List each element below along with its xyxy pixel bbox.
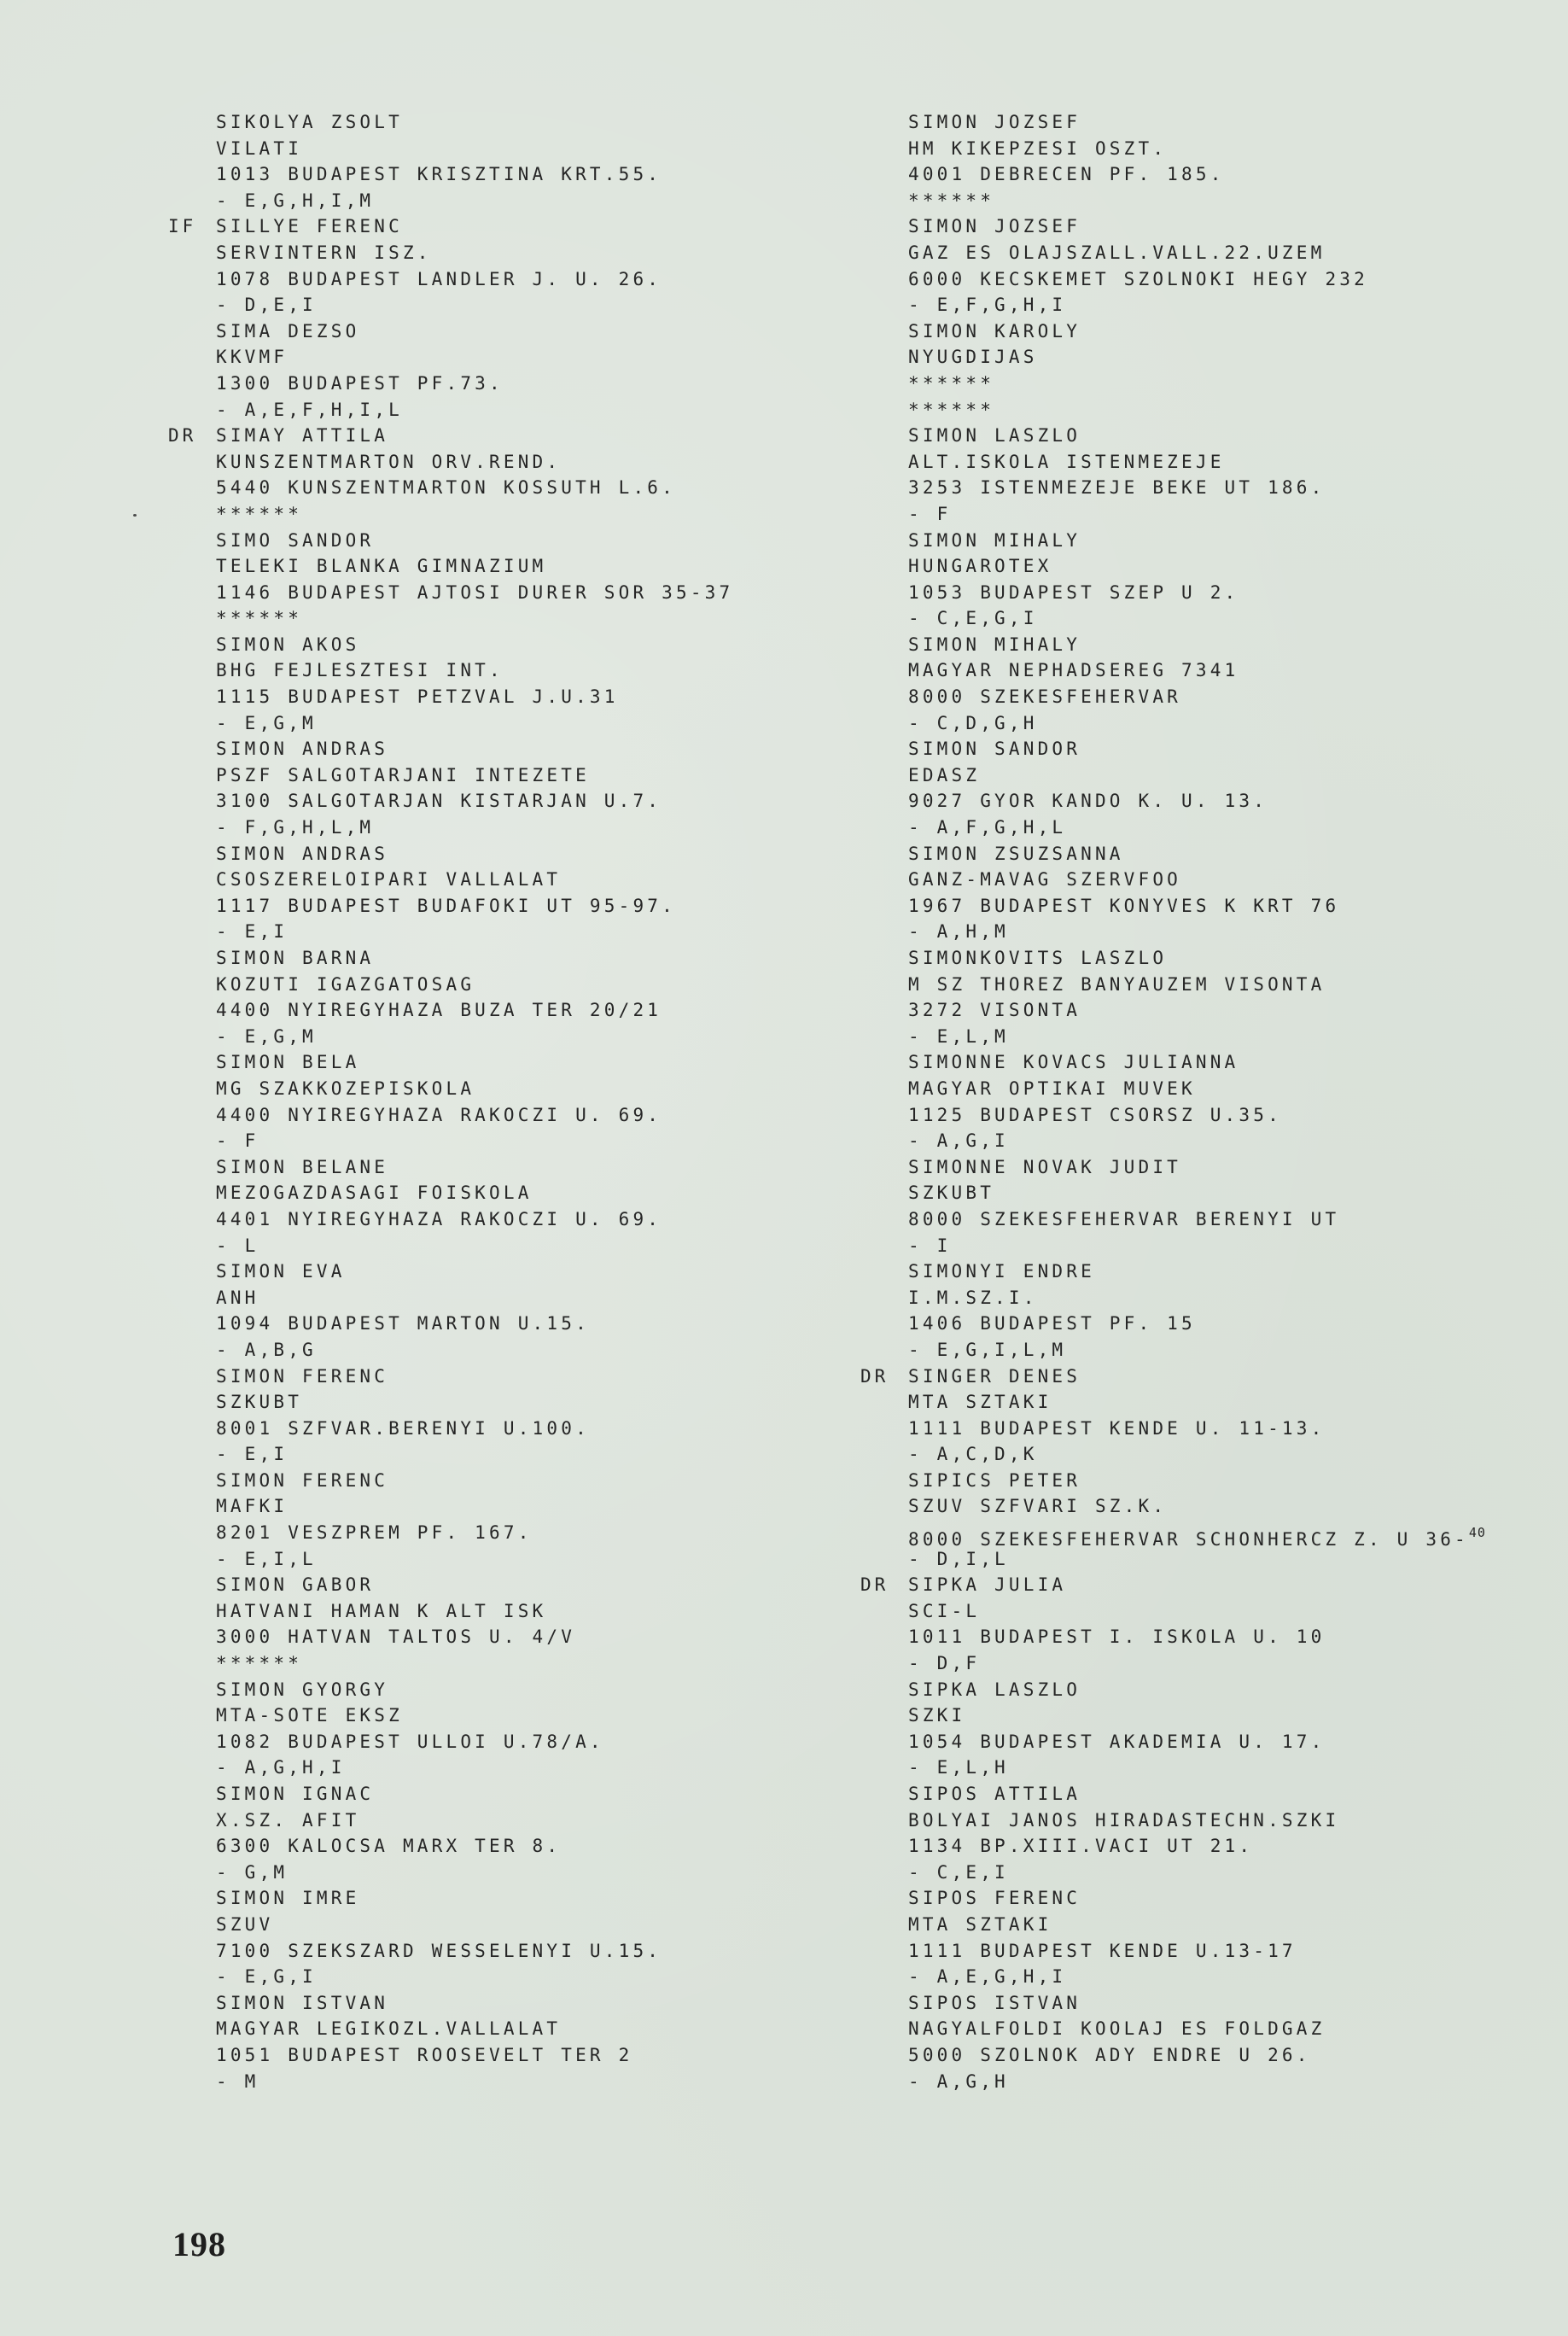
- entry-line-text: SIMON IGNAC: [216, 1784, 374, 1804]
- entry-line-text: MTA SZTAKI: [908, 1392, 1052, 1412]
- entry-line-text: - A,E,F,H,I,L: [216, 400, 403, 420]
- entry-line-text: - E,G,I: [216, 1966, 317, 1987]
- entry-line-text: - E,G,I,L,M: [908, 1340, 1066, 1360]
- entry-line-text: MTA SZTAKI: [908, 1914, 1052, 1935]
- entry-address: 4400 NYIREGYHAZA BUZA TER 20/21: [168, 997, 733, 1024]
- entry-line-text: ******: [908, 400, 994, 420]
- entry-line-text: KUNSZENTMARTON ORV.REND.: [216, 452, 561, 472]
- entry-line-text: SIMO SANDOR: [216, 530, 374, 551]
- entry-line-text: - E,G,M: [216, 713, 317, 733]
- entry-codes: - E,F,G,H,I: [860, 292, 1486, 318]
- entry-organization: EDASZ: [860, 762, 1486, 789]
- entry-organization: MTA SZTAKI: [860, 1912, 1486, 1938]
- entry-line-text: 1078 BUDAPEST LANDLER J. U. 26.: [216, 269, 662, 289]
- entry-line-text: SIMONNE KOVACS JULIANNA: [908, 1052, 1239, 1072]
- entry-codes: - A,B,G: [168, 1337, 733, 1364]
- entry-line-text: KOZUTI IGAZGATOSAG: [216, 974, 475, 995]
- entry-name: SIMON FERENC: [168, 1364, 733, 1390]
- entry-line-text: SIMON BELA: [216, 1052, 359, 1072]
- entry-line-text: 8000 SZEKESFEHERVAR BERENYI UT: [908, 1209, 1339, 1229]
- entry-line-text: SIMON FERENC: [216, 1366, 388, 1387]
- entry-organization: ALT.ISKOLA ISTENMEZEJE: [860, 449, 1486, 476]
- entry-line-text: SIMON MIHALY: [908, 530, 1081, 551]
- entry-name: DRSINGER DENES: [860, 1364, 1486, 1390]
- entry-line-text: SIMON ISTVAN: [216, 1993, 388, 2013]
- entry-line-text: TELEKI BLANKA GIMNAZIUM: [216, 556, 546, 576]
- entry-line-text: 6300 KALOCSA MARX TER 8.: [216, 1836, 561, 1856]
- entry-address: 1013 BUDAPEST KRISZTINA KRT.55.: [168, 161, 733, 188]
- entry-line-text: 8000 SZEKESFEHERVAR: [908, 686, 1181, 707]
- entry-line-text: ANH: [216, 1288, 259, 1308]
- entry-codes: - A,E,F,H,I,L: [168, 397, 733, 423]
- entry-line-text: - I: [908, 1235, 952, 1256]
- entry-line-text: MEZOGAZDASAGI FOISKOLA: [216, 1183, 533, 1203]
- entry-name: SIMON ANDRAS: [168, 841, 733, 867]
- entry-line-text: SIMONYI ENDRE: [908, 1261, 1095, 1282]
- entry-line-text: MG SZAKKOZEPISKOLA: [216, 1078, 475, 1099]
- entry-name: SIMON JOZSEF: [860, 109, 1486, 136]
- entry-organization: MAGYAR OPTIKAI MUVEK: [860, 1076, 1486, 1102]
- entry-line-text: 1051 BUDAPEST ROOSEVELT TER 2: [216, 2045, 632, 2065]
- entry-address: 1054 BUDAPEST AKADEMIA U. 17.: [860, 1729, 1486, 1755]
- entry-codes: ******: [168, 1650, 733, 1677]
- entry-name: SIMON FERENC: [168, 1468, 733, 1494]
- entry-address: 3100 SALGOTARJAN KISTARJAN U.7.: [168, 788, 733, 815]
- entry-address: 4400 NYIREGYHAZA RAKOCZI U. 69.: [168, 1102, 733, 1129]
- entry-codes: - D,I,L: [860, 1546, 1486, 1573]
- entry-codes: - E,I: [168, 1441, 733, 1468]
- entry-line-text: SZKUBT: [908, 1183, 994, 1203]
- entry-address: 1078 BUDAPEST LANDLER J. U. 26.: [168, 266, 733, 293]
- entry-codes: - E,G,I: [168, 1964, 733, 1990]
- entry-name: DRSIMAY ATTILA: [168, 423, 733, 449]
- entry-title-prefix: DR: [860, 1364, 908, 1390]
- entry-line-text: ALT.ISKOLA ISTENMEZEJE: [908, 452, 1225, 472]
- entry-codes: ******: [168, 605, 733, 632]
- entry-line-text: SIPKA LASZLO: [908, 1679, 1081, 1700]
- entry-address: 1146 BUDAPEST AJTOSI DURER SOR 35-37: [168, 580, 733, 606]
- entry-organization: NAGYALFOLDI KOOLAJ ES FOLDGAZ: [860, 2016, 1486, 2042]
- directory-entry: SIMON LASZLOALT.ISKOLA ISTENMEZEJE3253 I…: [860, 423, 1486, 527]
- directory-entry: SIMON ANDRASPSZF SALGOTARJANI INTEZETE31…: [168, 736, 733, 840]
- directory-entry: SIPKA LASZLOSZKI1054 BUDAPEST AKADEMIA U…: [860, 1677, 1486, 1781]
- entry-line-text: PSZF SALGOTARJANI INTEZETE: [216, 765, 590, 785]
- directory-entry: DRSINGER DENESMTA SZTAKI1111 BUDAPEST KE…: [860, 1364, 1486, 1468]
- directory-entry: SIMON SANDOREDASZ9027 GYOR KANDO K. U. 1…: [860, 736, 1486, 840]
- entry-codes: - A,G,H,I: [168, 1755, 733, 1781]
- entry-organization: HATVANI HAMAN K ALT ISK: [168, 1598, 733, 1625]
- entry-address: 8000 SZEKESFEHERVAR SCHONHERCZ Z. U 36-4…: [860, 1520, 1486, 1546]
- entry-address: 6300 KALOCSA MARX TER 8.: [168, 1833, 733, 1860]
- entry-line-text: SIKOLYA ZSOLT: [216, 112, 403, 132]
- entry-line-text: - C,D,G,H: [908, 713, 1038, 733]
- entry-line-text: SIMON KAROLY: [908, 321, 1081, 342]
- entry-organization: SZKI: [860, 1702, 1486, 1729]
- entry-line-text: SINGER DENES: [908, 1366, 1081, 1387]
- entry-line-text: SIMON JOZSEF: [908, 216, 1081, 237]
- entry-line-text: SIPOS FERENC: [908, 1888, 1081, 1908]
- entry-line-text: 3000 HATVAN TALTOS U. 4/V: [216, 1626, 575, 1647]
- entry-line-text: I.M.SZ.I.: [908, 1288, 1038, 1308]
- directory-entry: SIMON GABORHATVANI HAMAN K ALT ISK3000 H…: [168, 1572, 733, 1676]
- entry-name: SIMON GYORGY: [168, 1677, 733, 1703]
- entry-codes: - E,G,H,I,M: [168, 188, 733, 214]
- entry-address: 1082 BUDAPEST ULLOI U.78/A.: [168, 1729, 733, 1755]
- entry-line-text: HUNGAROTEX: [908, 556, 1052, 576]
- entry-organization: HUNGAROTEX: [860, 553, 1486, 580]
- entry-line-text: - E,I,L: [216, 1549, 317, 1569]
- directory-entry: SIMON GYORGYMTA-SOTE EKSZ1082 BUDAPEST U…: [168, 1677, 733, 1781]
- directory-entry: SIMON ISTVANMAGYAR LEGIKOZL.VALLALAT1051…: [168, 1990, 733, 2094]
- entry-line-text: 9027 GYOR KANDO K. U. 13.: [908, 791, 1268, 811]
- entry-line-text: KKVMF: [216, 347, 288, 367]
- entry-name: SIMON LASZLO: [860, 423, 1486, 449]
- entry-line-text: 7100 SZEKSZARD WESSELENYI U.15.: [216, 1941, 662, 1961]
- entry-address: 8000 SZEKESFEHERVAR BERENYI UT: [860, 1206, 1486, 1233]
- entry-name: SIPICS PETER: [860, 1468, 1486, 1494]
- entry-organization: NYUGDIJAS: [860, 344, 1486, 371]
- entry-line-text: - E,F,G,H,I: [908, 295, 1066, 315]
- entry-line-text: SIPKA JULIA: [908, 1574, 1066, 1595]
- entry-line-text: VILATI: [216, 138, 302, 159]
- entry-address: 1300 BUDAPEST PF.73.: [168, 371, 733, 397]
- entry-line-text: SZKI: [908, 1705, 965, 1726]
- entry-address: 1125 BUDAPEST CSORSZ U.35.: [860, 1102, 1486, 1129]
- directory-entry: SIMON EVAANH1094 BUDAPEST MARTON U.15.- …: [168, 1259, 733, 1363]
- entry-codes: - E,I,L: [168, 1546, 733, 1573]
- entry-codes: ******: [860, 188, 1486, 214]
- entry-address: 3272 VISONTA: [860, 997, 1486, 1024]
- entry-line-text: - D,F: [908, 1653, 980, 1673]
- entry-name: SIMON IMRE: [168, 1885, 733, 1912]
- entry-line-text: - A,E,G,H,I: [908, 1966, 1066, 1987]
- entry-line-text: SIMONNE NOVAK JUDIT: [908, 1157, 1181, 1177]
- entry-line-text: MTA-SOTE EKSZ: [216, 1705, 403, 1726]
- entry-name: SIMA DEZSO: [168, 318, 733, 345]
- entry-line-text: EDASZ: [908, 765, 980, 785]
- entry-name: SIMONYI ENDRE: [860, 1259, 1486, 1285]
- entry-address: 1115 BUDAPEST PETZVAL J.U.31: [168, 684, 733, 710]
- entry-line-text: - C,E,I: [908, 1862, 1009, 1883]
- entry-name: SIMON KAROLY: [860, 318, 1486, 345]
- entry-line-text: 1111 BUDAPEST KENDE U. 11-13.: [908, 1418, 1325, 1439]
- entry-address: 4001 DEBRECEN PF. 185.: [860, 161, 1486, 188]
- directory-entry: SIPICS PETERSZUV SZFVARI SZ.K.8000 SZEKE…: [860, 1468, 1486, 1572]
- entry-address: 3253 ISTENMEZEJE BEKE UT 186.: [860, 475, 1486, 501]
- entry-address: 1406 BUDAPEST PF. 15: [860, 1311, 1486, 1337]
- entry-name: SIMON SANDOR: [860, 736, 1486, 762]
- entry-name: SIMON AKOS: [168, 632, 733, 658]
- entry-codes: - E,G,M: [168, 1024, 733, 1050]
- entry-line-text: GANZ-MAVAG SZERVFOO: [908, 869, 1181, 890]
- entry-line-text: 1406 BUDAPEST PF. 15: [908, 1313, 1196, 1334]
- entry-line-text: - E,I: [216, 1444, 288, 1464]
- entry-line-text: 1134 BP.XIII.VACI UT 21.: [908, 1836, 1253, 1856]
- entry-name: SIMON GABOR: [168, 1572, 733, 1598]
- entry-line-text: SIPOS ISTVAN: [908, 1993, 1081, 2013]
- directory-entry: SIMON ANDRASCSOSZERELOIPARI VALLALAT1117…: [168, 841, 733, 945]
- entry-codes: - A,F,G,H,L: [860, 815, 1486, 841]
- entry-line-text: SIMON SANDOR: [908, 739, 1081, 759]
- entry-organization: X.SZ. AFIT: [168, 1807, 733, 1834]
- entry-name: SIMON MIHALY: [860, 528, 1486, 554]
- entry-name: IFSILLYE FERENC: [168, 213, 733, 240]
- entry-line-text: ******: [908, 190, 994, 211]
- entry-line-text: MAGYAR LEGIKOZL.VALLALAT: [216, 2018, 561, 2039]
- entry-title-prefix: DR: [860, 1572, 908, 1598]
- entry-address: 8201 VESZPREM PF. 167.: [168, 1520, 733, 1546]
- directory-column-right: SIMON JOZSEFHM KIKEPZESI OSZT.4001 DEBRE…: [860, 109, 1486, 2094]
- entry-address: ******: [860, 371, 1486, 397]
- entry-line-text: - E,L,H: [908, 1757, 1009, 1778]
- directory-entry: SIMON AKOSBHG FEJLESZTESI INT.1115 BUDAP…: [168, 632, 733, 736]
- entry-organization: HM KIKEPZESI OSZT.: [860, 136, 1486, 162]
- entry-address: 9027 GYOR KANDO K. U. 13.: [860, 788, 1486, 815]
- entry-name: SIPOS ISTVAN: [860, 1990, 1486, 2017]
- entry-line-text: SZUV SZFVARI SZ.K.: [908, 1496, 1167, 1516]
- entry-name: SIMON BARNA: [168, 945, 733, 972]
- entry-name: SIMON MIHALY: [860, 632, 1486, 658]
- entry-organization: KOZUTI IGAZGATOSAG: [168, 972, 733, 998]
- directory-entry: SIMON BELAMG SZAKKOZEPISKOLA4400 NYIREGY…: [168, 1049, 733, 1153]
- entry-line-text: SCI-L: [908, 1601, 980, 1621]
- entry-line-text: 4400 NYIREGYHAZA RAKOCZI U. 69.: [216, 1105, 662, 1125]
- directory-entry: SIMON JOZSEFHM KIKEPZESI OSZT.4001 DEBRE…: [860, 109, 1486, 213]
- entry-name: SIMON EVA: [168, 1259, 733, 1285]
- entry-line-text: SIMON EVA: [216, 1261, 346, 1282]
- entry-line-text: ******: [216, 504, 302, 524]
- entry-organization: MAFKI: [168, 1493, 733, 1520]
- entry-organization: PSZF SALGOTARJANI INTEZETE: [168, 762, 733, 789]
- scanned-page: SIKOLYA ZSOLTVILATI1013 BUDAPEST KRISZTI…: [0, 0, 1568, 2336]
- entry-codes: - D,F: [860, 1650, 1486, 1677]
- entry-codes: - A,H,M: [860, 919, 1486, 945]
- entry-organization: VILATI: [168, 136, 733, 162]
- entry-line-text: - C,E,G,I: [908, 608, 1038, 628]
- directory-column-left: SIKOLYA ZSOLTVILATI1013 BUDAPEST KRISZTI…: [168, 109, 733, 2094]
- directory-entry: SIMON KAROLYNYUGDIJAS************: [860, 318, 1486, 423]
- entry-line-text: 3100 SALGOTARJAN KISTARJAN U.7.: [216, 791, 662, 811]
- entry-line-text: NYUGDIJAS: [908, 347, 1038, 367]
- entry-codes: - E,I: [168, 919, 733, 945]
- entry-line-text: 1115 BUDAPEST PETZVAL J.U.31: [216, 686, 619, 707]
- page-number: 198: [172, 2224, 226, 2264]
- entry-organization: ANH: [168, 1285, 733, 1311]
- entry-name: SIMONKOVITS LASZLO: [860, 945, 1486, 972]
- entry-line-text: SIMON FERENC: [216, 1470, 388, 1491]
- entry-name: DRSIPKA JULIA: [860, 1572, 1486, 1598]
- directory-entry: SIMON IMRESZUV7100 SZEKSZARD WESSELENYI …: [168, 1885, 733, 1989]
- entry-line-text: SIMONKOVITS LASZLO: [908, 948, 1167, 968]
- entry-organization: MAGYAR NEPHADSEREG 7341: [860, 657, 1486, 684]
- entry-organization: CSOSZERELOIPARI VALLALAT: [168, 867, 733, 893]
- entry-codes: - A,E,G,H,I: [860, 1964, 1486, 1990]
- entry-address: 1053 BUDAPEST SZEP U 2.: [860, 580, 1486, 606]
- entry-line-text: - M: [216, 2071, 259, 2092]
- entry-line-text: 1111 BUDAPEST KENDE U.13-17: [908, 1941, 1297, 1961]
- entry-line-text: - A,F,G,H,L: [908, 817, 1066, 838]
- directory-entry: SIMA DEZSOKKVMF1300 BUDAPEST PF.73.- A,E…: [168, 318, 733, 423]
- entry-name: SIMON IGNAC: [168, 1781, 733, 1807]
- directory-entry: SIPOS ISTVANNAGYALFOLDI KOOLAJ ES FOLDGA…: [860, 1990, 1486, 2094]
- entry-address: 1111 BUDAPEST KENDE U.13-17: [860, 1938, 1486, 1965]
- entry-line-text: 5440 KUNSZENTMARTON KOSSUTH L.6.: [216, 477, 676, 498]
- entry-codes: - L: [168, 1233, 733, 1259]
- entry-name: SIMONNE KOVACS JULIANNA: [860, 1049, 1486, 1076]
- entry-line-text: SIMAY ATTILA: [216, 425, 388, 446]
- entry-line-text: SIMON JOZSEF: [908, 112, 1081, 132]
- directory-entry: DRSIMAY ATTILAKUNSZENTMARTON ORV.REND.54…: [168, 423, 733, 527]
- entry-line-text: SIMA DEZSO: [216, 321, 359, 342]
- entry-codes: - C,D,G,H: [860, 710, 1486, 737]
- entry-line-text: - E,L,M: [908, 1026, 1009, 1047]
- entry-line-text: 1053 BUDAPEST SZEP U 2.: [908, 582, 1239, 603]
- entry-line-text: - E,G,M: [216, 1026, 317, 1047]
- entry-address: 1011 BUDAPEST I. ISKOLA U. 10: [860, 1624, 1486, 1650]
- entry-line-text: MAGYAR NEPHADSEREG 7341: [908, 660, 1239, 680]
- entry-name: SIMON JOZSEF: [860, 213, 1486, 240]
- entry-codes: - F,G,H,L,M: [168, 815, 733, 841]
- entry-line-text: 4401 NYIREGYHAZA RAKOCZI U. 69.: [216, 1209, 662, 1229]
- entry-line-text: SIMON BELANE: [216, 1157, 388, 1177]
- directory-entry: SIMON ZSUZSANNAGANZ-MAVAG SZERVFOO1967 B…: [860, 841, 1486, 945]
- entry-line-text: SIMON LASZLO: [908, 425, 1081, 446]
- entry-line-text: 4400 NYIREGYHAZA BUZA TER 20/21: [216, 1000, 662, 1020]
- entry-line-text: SIMON BARNA: [216, 948, 374, 968]
- entry-line-text: MAFKI: [216, 1496, 288, 1516]
- entry-codes: - F: [168, 1128, 733, 1154]
- entry-line-text: GAZ ES OLAJSZALL.VALL.22.UZEM: [908, 242, 1325, 263]
- entry-organization: SZKUBT: [168, 1389, 733, 1416]
- entry-name: SIMON ANDRAS: [168, 736, 733, 762]
- entry-organization: SZUV SZFVARI SZ.K.: [860, 1493, 1486, 1520]
- entry-line-text: - D,E,I: [216, 295, 317, 315]
- entry-codes: - C,E,G,I: [860, 605, 1486, 632]
- entry-organization: MTA SZTAKI: [860, 1389, 1486, 1416]
- entry-address: 5000 SZOLNOK ADY ENDRE U 26.: [860, 2042, 1486, 2069]
- entry-codes: - A,C,D,K: [860, 1441, 1486, 1468]
- entry-organization: BHG FEJLESZTESI INT.: [168, 657, 733, 684]
- entry-line-text: HATVANI HAMAN K ALT ISK: [216, 1601, 546, 1621]
- entry-name: SIKOLYA ZSOLT: [168, 109, 733, 136]
- entry-line-text: - D,I,L: [908, 1549, 1009, 1569]
- entry-address: 1094 BUDAPEST MARTON U.15.: [168, 1311, 733, 1337]
- entry-codes: - E,L,H: [860, 1755, 1486, 1781]
- entry-organization: M SZ THOREZ BANYAUZEM VISONTA: [860, 972, 1486, 998]
- entry-line-text: SILLYE FERENC: [216, 216, 403, 237]
- entry-line-text: 6000 KECSKEMET SZOLNOKI HEGY 232: [908, 269, 1368, 289]
- entry-organization: SERVINTERN ISZ.: [168, 240, 733, 266]
- entry-line-text: - A,G,H: [908, 2071, 1009, 2092]
- entry-line-text: - F,G,H,L,M: [216, 817, 374, 838]
- entry-line-text: 1054 BUDAPEST AKADEMIA U. 17.: [908, 1732, 1325, 1752]
- entry-line-text: X.SZ. AFIT: [216, 1810, 359, 1831]
- entry-line-text: 3253 ISTENMEZEJE BEKE UT 186.: [908, 477, 1325, 498]
- entry-codes: - F: [860, 501, 1486, 528]
- entry-line-text: BOLYAI JANOS HIRADASTECHN.SZKI: [908, 1810, 1339, 1831]
- entry-codes: - D,E,I: [168, 292, 733, 318]
- entry-line-text: - F: [908, 504, 952, 524]
- entry-address: 8001 SZFVAR.BERENYI U.100.: [168, 1416, 733, 1442]
- entry-organization: SZUV: [168, 1912, 733, 1938]
- entry-line-text: MAGYAR OPTIKAI MUVEK: [908, 1078, 1196, 1099]
- directory-entry: SIMONYI ENDREI.M.SZ.I.1406 BUDAPEST PF. …: [860, 1259, 1486, 1363]
- entry-name: SIMON ZSUZSANNA: [860, 841, 1486, 867]
- entry-line-text: SIMON ANDRAS: [216, 844, 388, 864]
- entry-line-text: 1125 BUDAPEST CSORSZ U.35.: [908, 1105, 1282, 1125]
- entry-organization: BOLYAI JANOS HIRADASTECHN.SZKI: [860, 1807, 1486, 1834]
- entry-line-text: - G,M: [216, 1862, 288, 1883]
- entry-organization: GANZ-MAVAG SZERVFOO: [860, 867, 1486, 893]
- entry-codes: - I: [860, 1233, 1486, 1259]
- directory-entry: SIMON FERENCSZKUBT8001 SZFVAR.BERENYI U.…: [168, 1364, 733, 1468]
- entry-codes: - A,G,I: [860, 1128, 1486, 1154]
- entry-line-text: SIMON ZSUZSANNA: [908, 844, 1124, 864]
- entry-address: 1117 BUDAPEST BUDAFOKI UT 95-97.: [168, 893, 733, 920]
- scan-speck: [133, 514, 137, 517]
- entry-line-text: 4001 DEBRECEN PF. 185.: [908, 164, 1225, 184]
- directory-entry: SIPOS ATTILABOLYAI JANOS HIRADASTECHN.SZ…: [860, 1781, 1486, 1885]
- entry-address: 1134 BP.XIII.VACI UT 21.: [860, 1833, 1486, 1860]
- entry-address: 1111 BUDAPEST KENDE U. 11-13.: [860, 1416, 1486, 1442]
- entry-line-text: SIMON GYORGY: [216, 1679, 388, 1700]
- entry-organization: KUNSZENTMARTON ORV.REND.: [168, 449, 733, 476]
- entry-codes: - C,E,I: [860, 1860, 1486, 1886]
- entry-line-text: 8001 SZFVAR.BERENYI U.100.: [216, 1418, 590, 1439]
- entry-line-text: - A,G,H,I: [216, 1757, 346, 1778]
- entry-line-text: 1300 BUDAPEST PF.73.: [216, 373, 504, 394]
- entry-name: SIPKA LASZLO: [860, 1677, 1486, 1703]
- entry-line-text: 1967 BUDAPEST KONYVES K KRT 76: [908, 896, 1339, 916]
- entry-organization: GAZ ES OLAJSZALL.VALL.22.UZEM: [860, 240, 1486, 266]
- entry-line-text: SZUV: [216, 1914, 273, 1935]
- entry-line-text: ******: [216, 608, 302, 628]
- entry-organization: MAGYAR LEGIKOZL.VALLALAT: [168, 2016, 733, 2042]
- entry-line-text: HM KIKEPZESI OSZT.: [908, 138, 1167, 159]
- directory-entry: SIMONKOVITS LASZLOM SZ THOREZ BANYAUZEM …: [860, 945, 1486, 1049]
- entry-line-text: 1117 BUDAPEST BUDAFOKI UT 95-97.: [216, 896, 676, 916]
- directory-entry: SIPOS FERENCMTA SZTAKI1111 BUDAPEST KEND…: [860, 1885, 1486, 1989]
- entry-line-text: BHG FEJLESZTESI INT.: [216, 660, 504, 680]
- entry-codes: ******: [860, 397, 1486, 423]
- entry-name: SIMON BELANE: [168, 1154, 733, 1181]
- entry-address: 6000 KECSKEMET SZOLNOKI HEGY 232: [860, 266, 1486, 293]
- entry-name: SIMON ISTVAN: [168, 1990, 733, 2017]
- directory-entry: SIMON MIHALYHUNGAROTEX1053 BUDAPEST SZEP…: [860, 528, 1486, 632]
- entry-line-text: M SZ THOREZ BANYAUZEM VISONTA: [908, 974, 1325, 995]
- entry-codes: - M: [168, 2069, 733, 2095]
- entry-line-text: - A,G,I: [908, 1130, 1009, 1151]
- directory-entry: SIMON MIHALYMAGYAR NEPHADSEREG 73418000 …: [860, 632, 1486, 736]
- entry-line-text: - A,H,M: [908, 921, 1009, 942]
- entry-codes: - G,M: [168, 1860, 733, 1886]
- directory-entry: SIMON FERENCMAFKI8201 VESZPREM PF. 167.-…: [168, 1468, 733, 1572]
- entry-title-prefix: IF: [168, 213, 216, 240]
- directory-entry: SIMONNE KOVACS JULIANNAMAGYAR OPTIKAI MU…: [860, 1049, 1486, 1153]
- entry-line-text: CSOSZERELOIPARI VALLALAT: [216, 869, 561, 890]
- entry-line-text: SIPICS PETER: [908, 1470, 1081, 1491]
- entry-line-text: - E,I: [216, 921, 288, 942]
- entry-title-prefix: DR: [168, 423, 216, 449]
- entry-codes: ******: [168, 501, 733, 528]
- directory-entry: SIMO SANDORTELEKI BLANKA GIMNAZIUM1146 B…: [168, 528, 733, 632]
- entry-line-text: 8201 VESZPREM PF. 167.: [216, 1522, 533, 1543]
- directory-entry: SIMON BELANEMEZOGAZDASAGI FOISKOLA4401 N…: [168, 1154, 733, 1259]
- handwritten-superscript: 40: [1469, 1525, 1486, 1540]
- entry-line-text: 1094 BUDAPEST MARTON U.15.: [216, 1313, 590, 1334]
- entry-line-text: SIMON ANDRAS: [216, 739, 388, 759]
- entry-line-text: - A,C,D,K: [908, 1444, 1038, 1464]
